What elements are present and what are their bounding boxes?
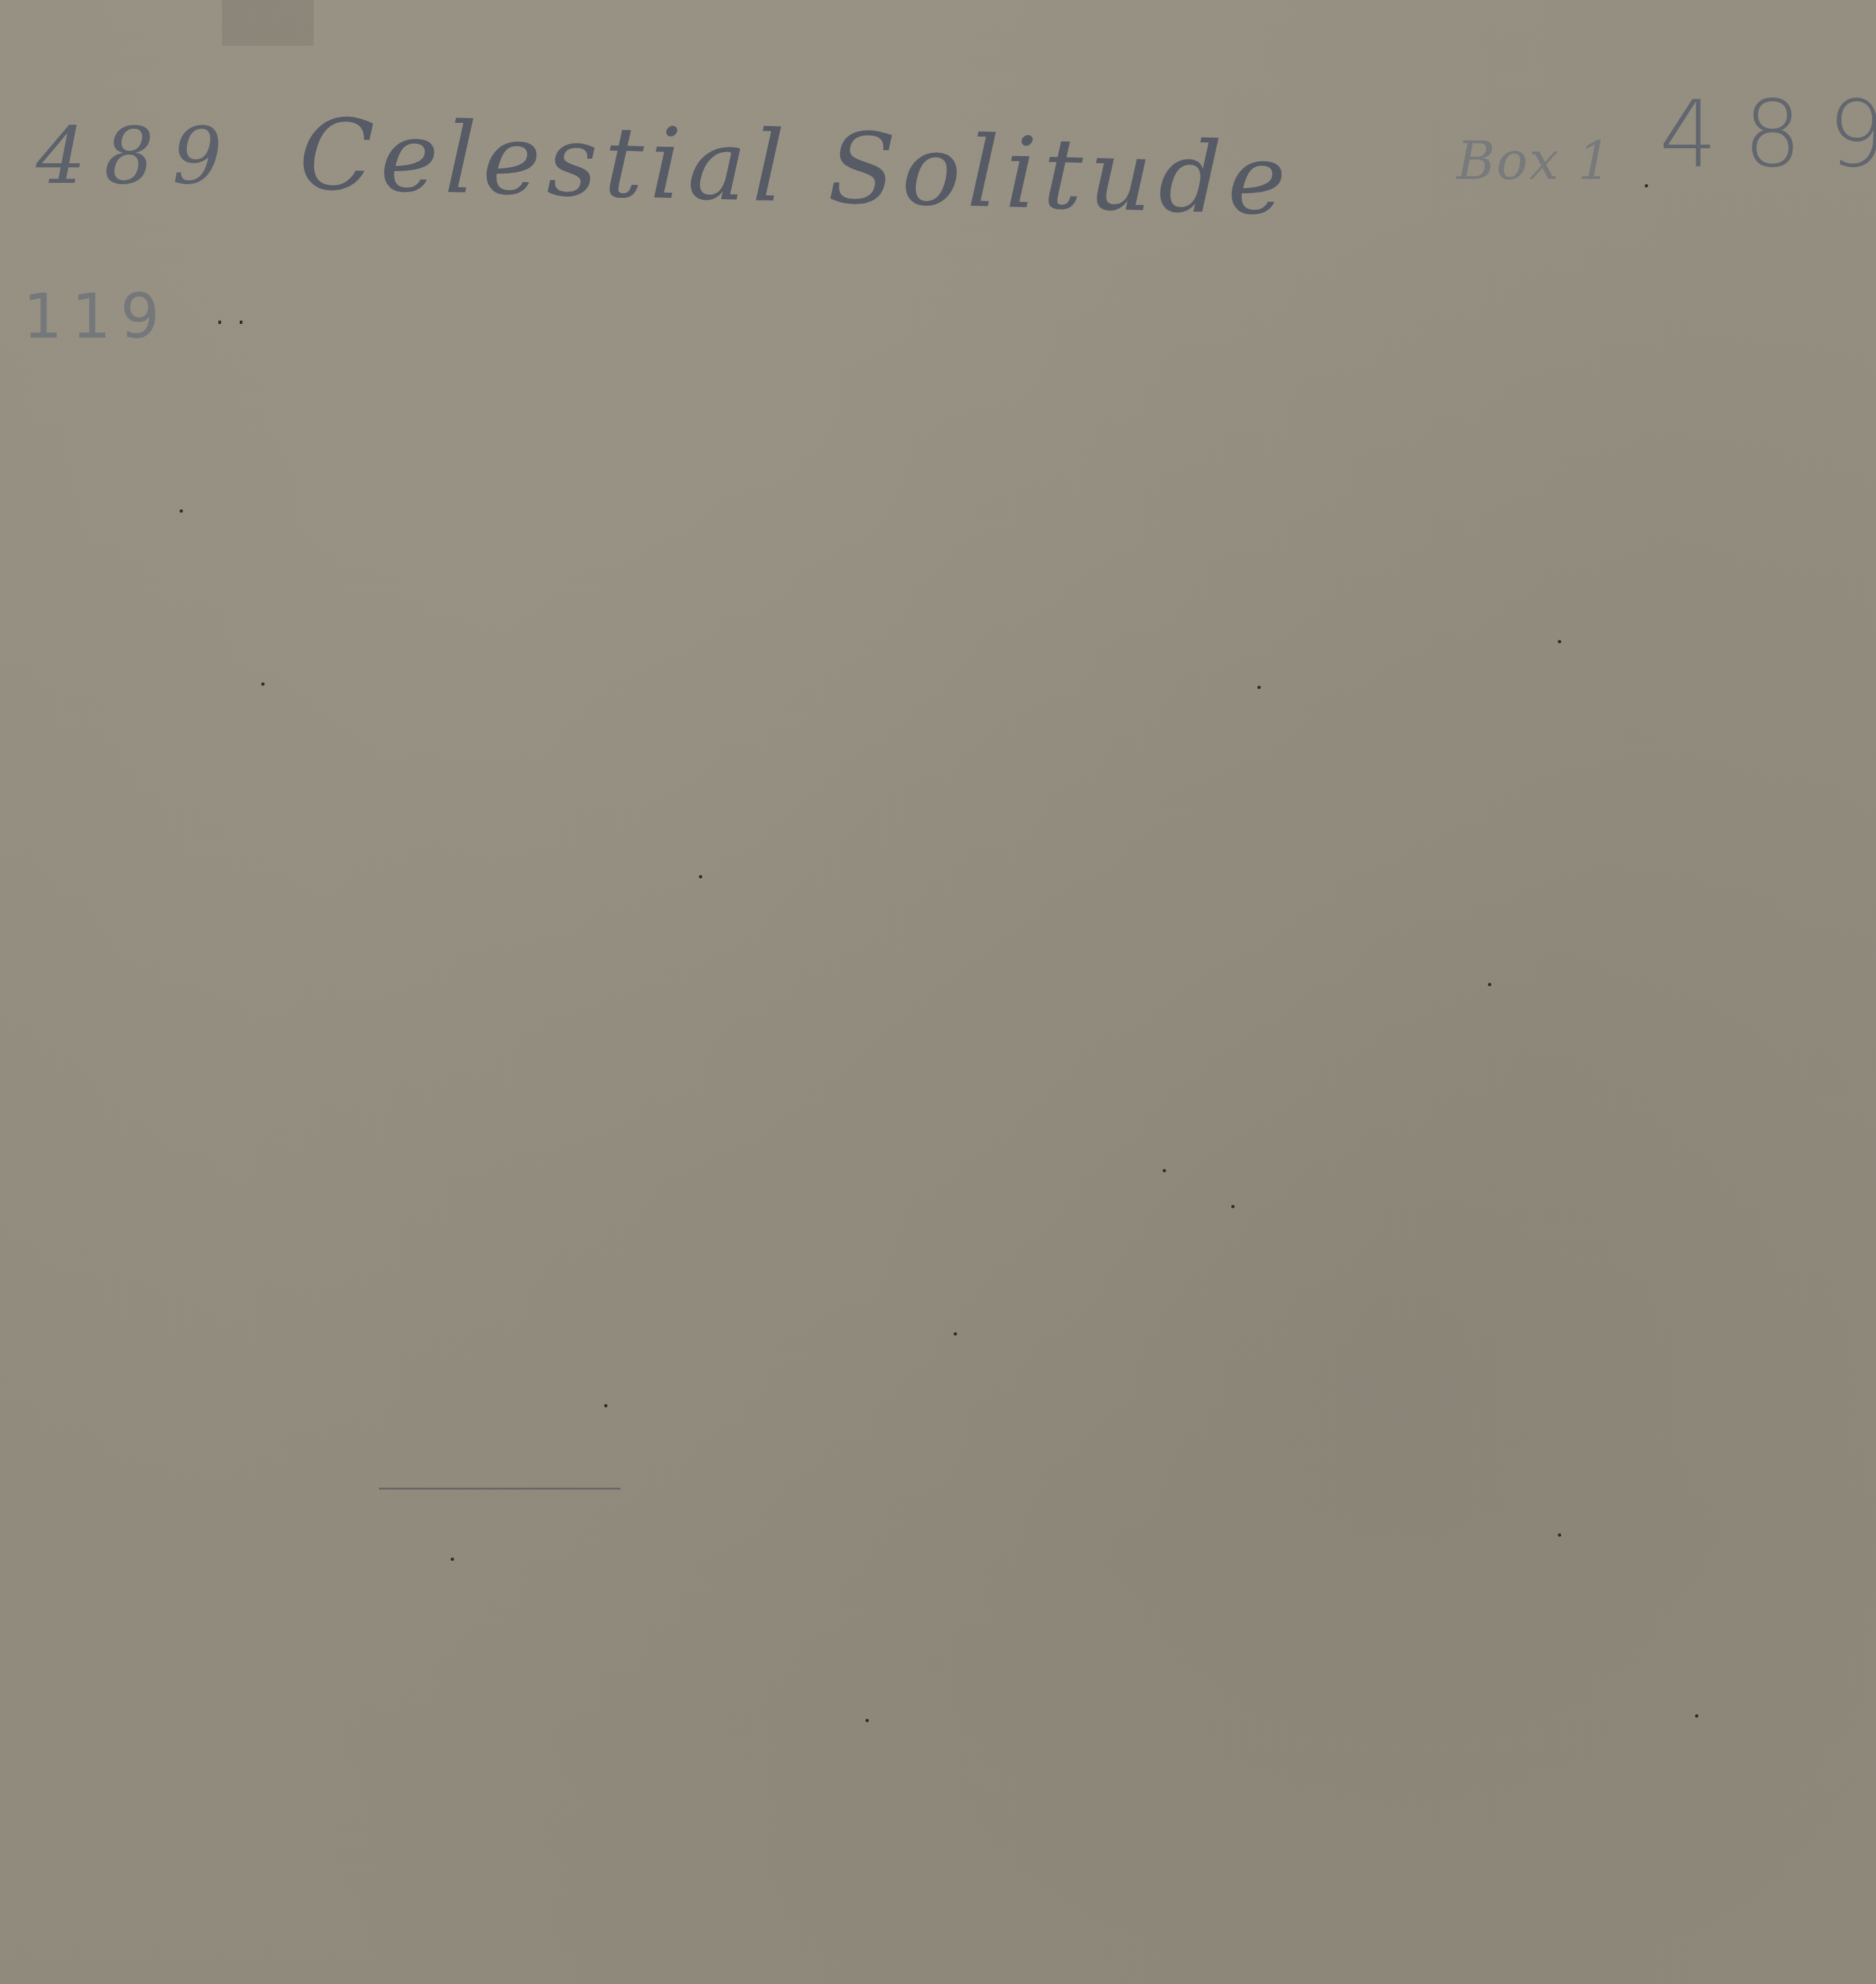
handwritten-catalog-number-right: 489 [1659, 82, 1876, 188]
ink-speck [1257, 686, 1261, 689]
ink-speck [865, 1719, 869, 1722]
paper-tab-mark [222, 0, 314, 46]
ink-speck [699, 875, 702, 878]
pencil-line [379, 1488, 621, 1490]
ink-speck [1558, 1533, 1561, 1537]
ink-speck [1558, 640, 1561, 643]
ink-dots: .. [216, 300, 258, 330]
handwritten-catalog-number: 489 [36, 111, 240, 202]
ink-speck [1645, 184, 1648, 187]
ink-speck [604, 1404, 607, 1407]
paper-sheet: 489 Celestial Solitude Box 1 489 119 .. [0, 0, 1876, 1984]
ink-speck [261, 682, 265, 686]
handwritten-secondary-number: 119 [23, 281, 169, 353]
handwritten-box-label: Box 1 [1457, 131, 1612, 191]
handwritten-title: Celestial Solitude [297, 98, 1293, 238]
ink-speck [954, 1332, 957, 1336]
ink-speck [180, 509, 183, 513]
ink-speck [451, 1558, 454, 1561]
ink-speck [1163, 1169, 1166, 1172]
ink-speck [1488, 983, 1491, 986]
ink-speck [1231, 1205, 1235, 1208]
ink-speck [1695, 1714, 1698, 1718]
